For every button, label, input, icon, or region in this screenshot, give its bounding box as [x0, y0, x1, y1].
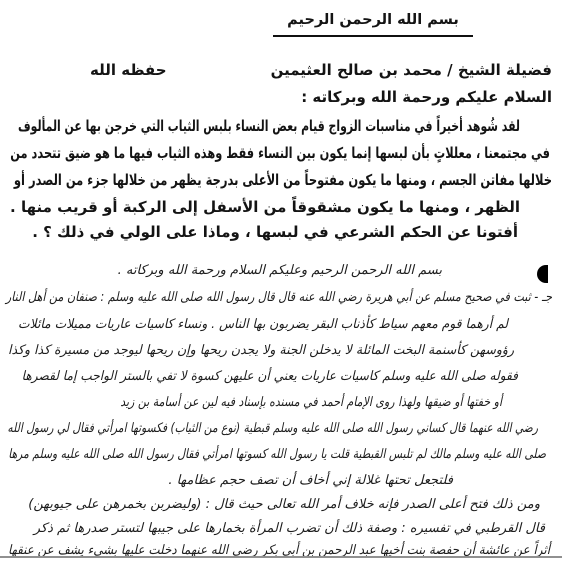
question-line: في مجتمعنا ، معللاتٍ بأن لبسها إنما يكون… [140, 143, 550, 163]
ink-blot-mark [537, 265, 548, 283]
answer-line: صلى الله عليه وسلم مالك لم تلبس القبطية … [101, 446, 546, 464]
question-line: الظهر ، ومنها ما يكون مشقوقاً من الأسفل … [10, 197, 520, 217]
answer-line: لم أرهما قوم معهم سياط كأذناب البقر يضرب… [44, 316, 508, 334]
answer-line: رضي الله عنهما قال كساني رسول الله صلى ا… [103, 420, 538, 438]
answer-line: فلتجعل تحتها غلالة إني أخاف أن تصف حجم ع… [168, 472, 453, 490]
question-line: خلالها مفاتن الجسم ، ومنها ما يكون مفتوح… [140, 170, 552, 190]
answer-line: أو خفتها أو ضيقها ولهذا روى الإمام أحمد … [179, 394, 502, 412]
answer-line: بسم الله الرحمن الرحيم وعليكم السلام ورح… [118, 262, 442, 280]
answer-line: قال القرطبي في تفسيره : وصفة ذلك أن تضرب… [5, 520, 545, 538]
scan-edge-line [0, 556, 562, 558]
salam-line: السلام عليكم ورحمة الله وبركاته : [301, 87, 552, 107]
addressee-line: فضيلة الشيخ / محمد بن صالح العثيمين [271, 60, 552, 80]
answer-line: رؤوسهن كأسنمة البخت المائلة لا يدخلن الج… [26, 342, 514, 360]
answer-line: جـ - ثبت في صحيح مسلم عن أبي هريرة رضي ا… [84, 289, 552, 307]
answer-line: ومن ذلك فتح أعلى الصدر فإنه خلاف أمر الل… [5, 496, 540, 514]
question-line: أفتونا عن الحكم الشرعي في لبسها ، وماذا … [32, 222, 518, 242]
scanned-fatwa-page: بسم الله الرحمن الرحيم فضيلة الشيخ / محم… [0, 0, 562, 563]
question-line: لقد شُوهد أخيراً في مناسبات الزواج قيام … [156, 116, 520, 136]
answer-line: فقوله صلى الله عليه وسلم كاسيات عاريات ي… [54, 368, 518, 386]
basmala-title: بسم الله الرحمن الرحيم [190, 9, 556, 37]
basmala-text: بسم الله الرحمن الرحيم [273, 12, 473, 37]
dua-line: حفظه الله [90, 60, 167, 80]
